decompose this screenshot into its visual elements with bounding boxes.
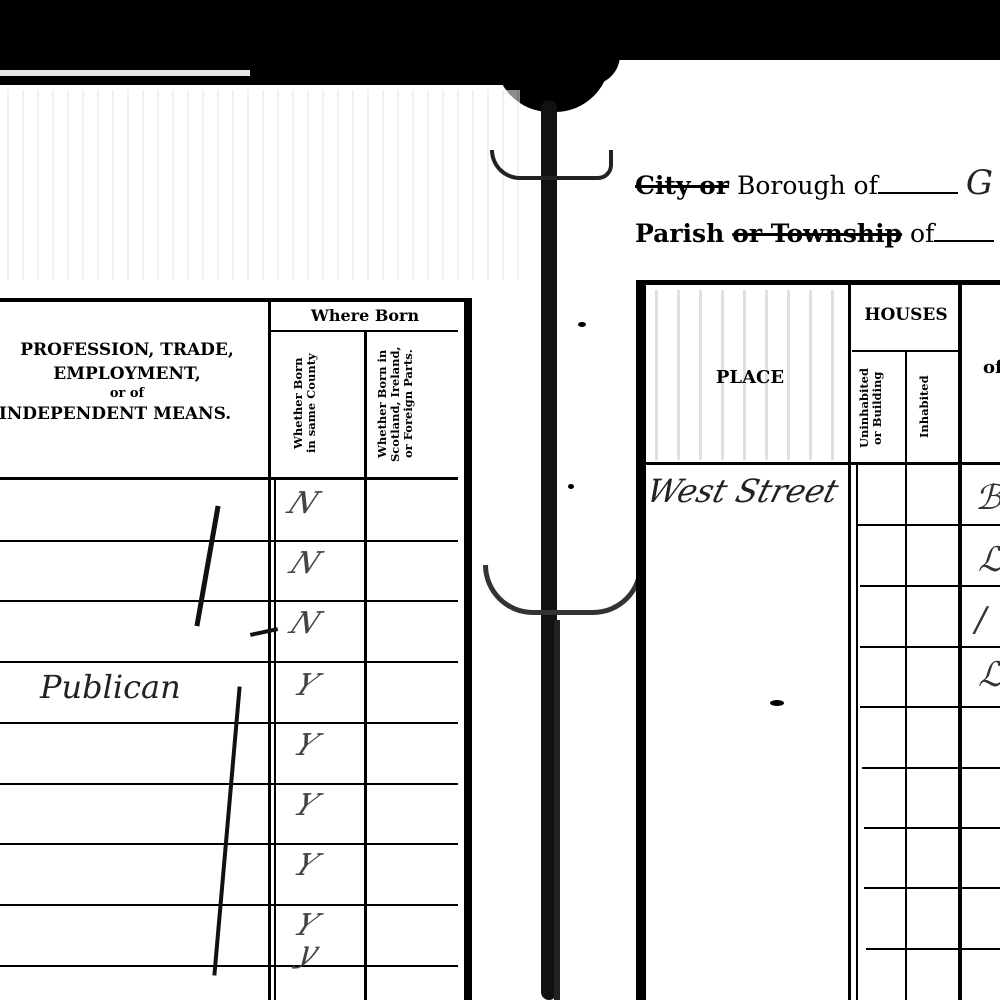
houses-underline bbox=[852, 350, 960, 352]
where-born-underline bbox=[270, 330, 458, 332]
partial-entry: ℒ bbox=[978, 655, 1000, 695]
row-rule bbox=[864, 827, 1000, 829]
uninhabited-line1: Uninhabited bbox=[857, 368, 871, 448]
row-rule bbox=[860, 585, 1000, 587]
borough-value-line bbox=[878, 170, 958, 194]
row-rule bbox=[864, 887, 1000, 889]
row-rule bbox=[0, 661, 458, 663]
borough-line: City or Borough of G bbox=[635, 163, 993, 203]
where-born-header: Where Born bbox=[272, 302, 458, 330]
divider-place-double bbox=[856, 462, 858, 1000]
parish-value-line bbox=[934, 218, 994, 242]
row-rule bbox=[0, 540, 458, 542]
row-rule bbox=[860, 646, 1000, 648]
profession-entry: Publican bbox=[40, 668, 181, 706]
struck-or-township: or Township bbox=[732, 219, 902, 248]
place-header: PLACE bbox=[650, 290, 850, 465]
row-rule bbox=[858, 524, 1000, 526]
divider-houses-right bbox=[958, 285, 962, 1000]
struck-city-or: City or bbox=[635, 171, 729, 200]
header-bottom-rule bbox=[0, 477, 458, 480]
row-rule bbox=[0, 722, 458, 724]
divider-born bbox=[364, 330, 367, 1000]
row-rule bbox=[0, 965, 458, 967]
parish-of: of bbox=[910, 219, 934, 248]
born-elsewhere-line2: Scotland, Ireland, bbox=[388, 346, 402, 462]
born-elsewhere-line1: Whether Born in bbox=[375, 350, 389, 458]
profession-header: PROFESSION, TRADE, EMPLOYMENT, or of IND… bbox=[0, 338, 268, 426]
parish-line: Parish or Township of bbox=[635, 218, 994, 248]
scan-streak bbox=[0, 70, 250, 76]
inhabited-header: Inhabited bbox=[918, 362, 942, 452]
partial-entry: ℬ bbox=[975, 478, 1000, 518]
partial-entry: / bbox=[975, 600, 986, 640]
binding-thread-bottom bbox=[483, 565, 643, 615]
uninhabited-line2: or Building bbox=[870, 371, 884, 444]
place-entry: West Street bbox=[643, 472, 843, 510]
born-same-county-line2: in same County bbox=[304, 353, 318, 453]
ink-blot bbox=[578, 322, 586, 327]
book-spine-lower bbox=[554, 620, 560, 1000]
row-rule bbox=[0, 600, 458, 602]
right-header-bottom-rule bbox=[646, 462, 1000, 465]
profession-header-line1: PROFESSION, TRADE, bbox=[0, 338, 268, 362]
profession-header-line3: or of bbox=[0, 386, 268, 402]
divider-houses bbox=[905, 350, 907, 1000]
parish-label: Parish bbox=[635, 219, 724, 248]
borough-value: G bbox=[966, 163, 993, 203]
born-same-county-header: Whether Born in same County bbox=[292, 336, 342, 470]
profession-header-line2: EMPLOYMENT, bbox=[0, 362, 268, 386]
ink-blot bbox=[568, 484, 574, 489]
row-rule bbox=[0, 904, 458, 906]
houses-header: HOUSES bbox=[852, 300, 960, 330]
next-column-header-partial: of bbox=[983, 357, 1000, 378]
row-rule bbox=[866, 948, 1000, 950]
born-elsewhere-header: Whether Born in Scotland, Ireland, or Fo… bbox=[376, 334, 446, 474]
born-elsewhere-line3: or Foreign Parts. bbox=[401, 350, 415, 459]
binding-thread-top bbox=[490, 150, 613, 180]
profession-header-line4: INDEPENDENT MEANS. bbox=[0, 402, 268, 426]
divider-place bbox=[848, 285, 851, 1000]
row-rule bbox=[862, 767, 1000, 769]
borough-label: Borough of bbox=[737, 171, 878, 200]
row-rule bbox=[860, 706, 1000, 708]
partial-entry: ℒ bbox=[978, 540, 1000, 580]
ink-blot bbox=[770, 700, 784, 706]
divider-profession-double bbox=[274, 478, 276, 1000]
paper-bleedthrough bbox=[0, 90, 520, 280]
divider-profession bbox=[268, 300, 271, 1000]
born-same-county-line1: Whether Born bbox=[291, 357, 305, 448]
row-rule bbox=[0, 843, 458, 845]
uninhabited-header: Uninhabited or Building bbox=[858, 358, 902, 458]
